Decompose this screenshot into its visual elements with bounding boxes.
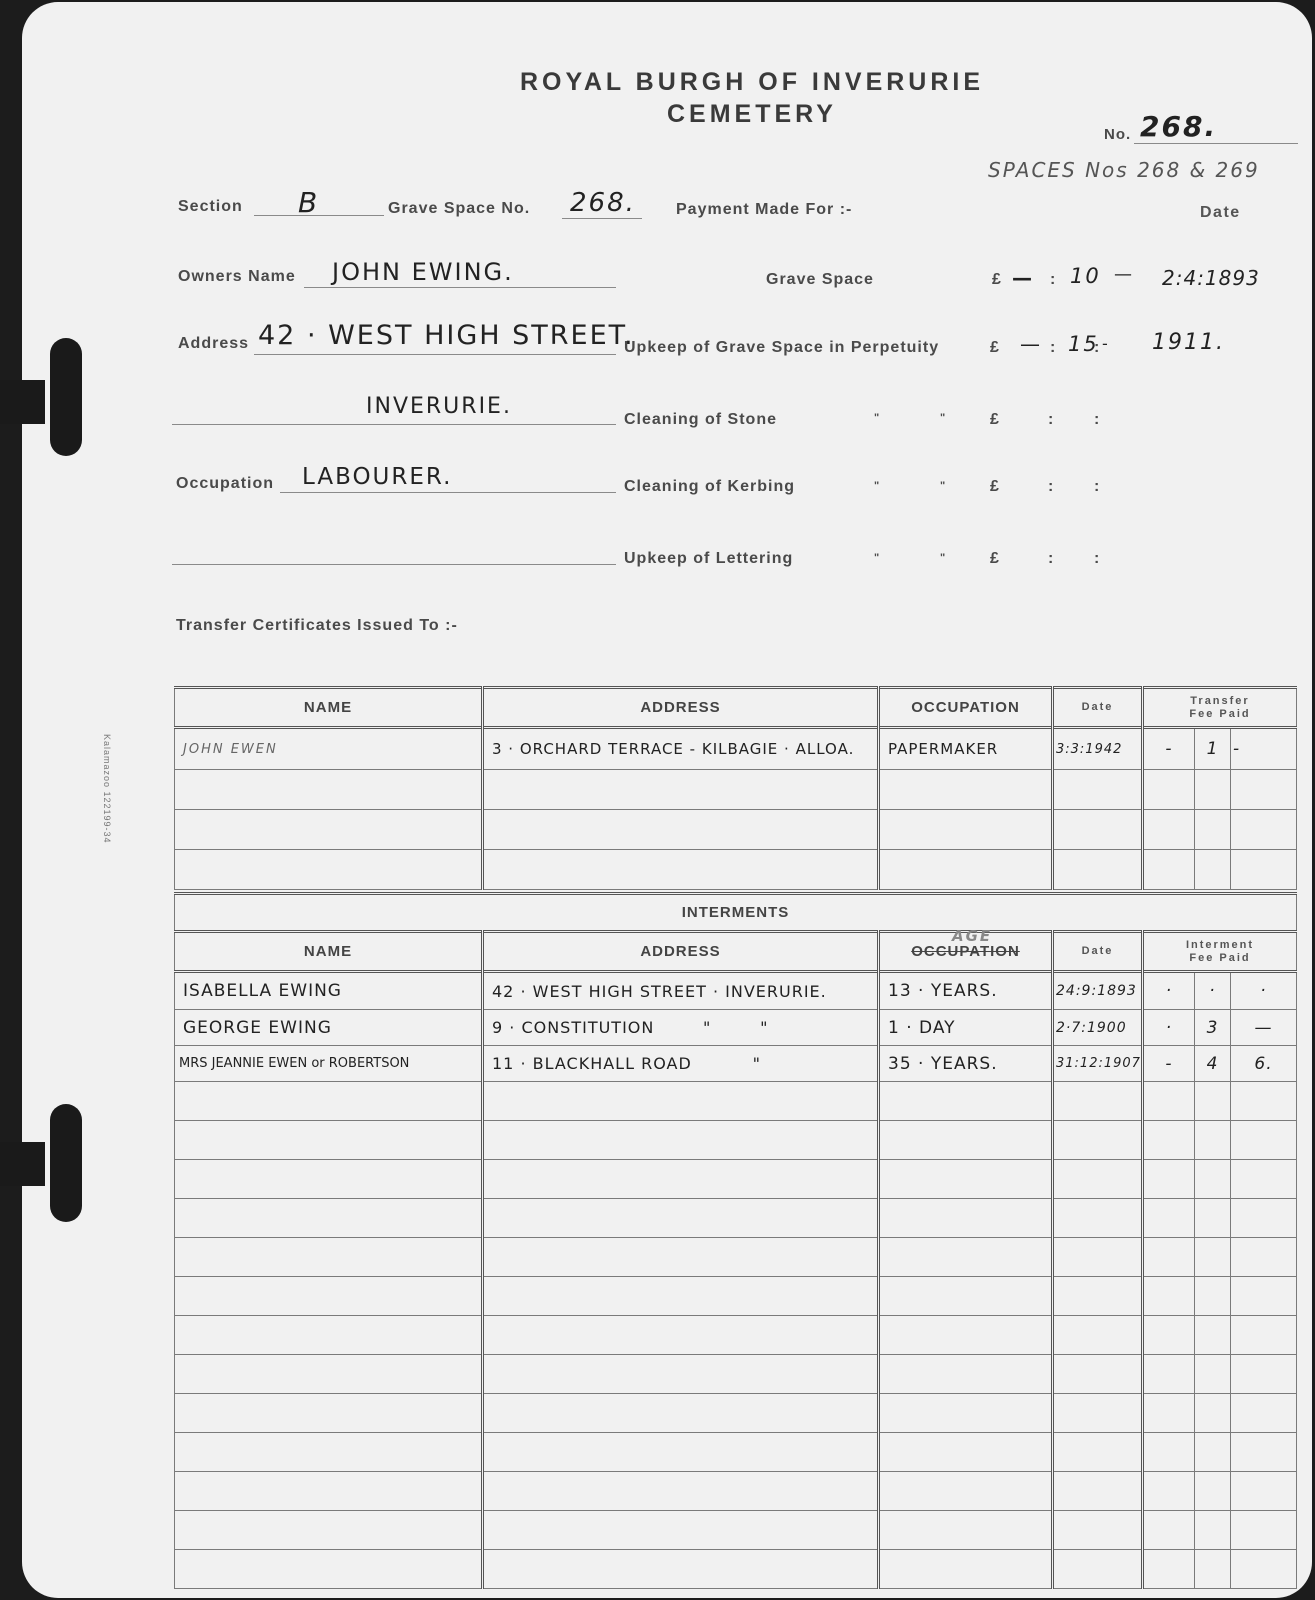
interment-row	[175, 1082, 1297, 1121]
interments-header-occupation-struck: OCCUPATION	[911, 943, 1020, 960]
payment-label: Upkeep of Grave Space in Perpetuity	[624, 339, 939, 357]
interment-fee-pounds: ·	[1143, 972, 1195, 1010]
grave-space-no-value: 268.	[570, 188, 636, 218]
interment-date: 2·7:1900	[1053, 1010, 1143, 1046]
payment-label: Cleaning of Stone	[624, 411, 777, 429]
occupation-value: LABOURER.	[302, 464, 452, 490]
payment-pence: —	[1114, 264, 1134, 285]
owners-name-underline	[304, 287, 616, 288]
transfer-occupation: PAPERMAKER	[879, 728, 1053, 770]
transfer-table: NAME ADDRESS OCCUPATION Date Transfer Fe…	[174, 686, 1297, 890]
transfer-header-row: NAME ADDRESS OCCUPATION Date Transfer Fe…	[175, 688, 1297, 728]
payment-made-for-label: Payment Made For :-	[676, 201, 852, 219]
record-no-label: No.	[1104, 126, 1131, 143]
payment-currency: £	[990, 339, 1000, 357]
payment-label: Grave Space	[766, 271, 874, 289]
address-label: Address	[178, 335, 249, 353]
payment-pounds: —	[1012, 266, 1034, 290]
address-line-1: 42 · WEST HIGH STREET.	[258, 320, 635, 351]
payment-date: 1911.	[1152, 330, 1225, 355]
transfer-certificates-label: Transfer Certificates Issued To :-	[176, 617, 458, 635]
payment-ditto: "	[940, 480, 946, 492]
interment-age: 1 · DAY	[879, 1010, 1053, 1046]
payment-currency: £	[990, 550, 1000, 568]
payment-date: 2:4:1893	[1162, 266, 1260, 290]
interment-empty-rows	[175, 1082, 1297, 1589]
interment-fee-shillings: 3	[1195, 1010, 1231, 1046]
ledger-page: Kalamazoo 122199-34 ROYAL BURGH OF INVER…	[22, 2, 1312, 1598]
interment-address: 11 · BLACKHALL ROAD "	[483, 1046, 879, 1082]
interment-row: ISABELLA EWING 42 · WEST HIGH STREET · I…	[175, 972, 1297, 1010]
interments-header-date: Date	[1053, 932, 1143, 972]
date-column-label: Date	[1200, 204, 1241, 222]
transfer-header-fee: Transfer Fee Paid	[1143, 688, 1297, 728]
owners-name-label: Owners Name	[178, 268, 296, 286]
interment-fee-shillings: 4	[1195, 1046, 1231, 1082]
payment-currency: £	[990, 478, 1000, 496]
transfer-row	[175, 810, 1297, 850]
transfer-fee-pence: -	[1231, 728, 1297, 770]
transfer-header-address: ADDRESS	[483, 688, 879, 728]
transfer-fee-pounds: -	[1143, 728, 1195, 770]
payment-sep: :	[1094, 411, 1100, 429]
transfer-header-fee-line1: Transfer	[1190, 695, 1249, 707]
interment-date: 31:12:1907	[1053, 1046, 1143, 1082]
payment-sep: :	[1050, 271, 1056, 289]
interments-header-fee-line1: Interment	[1186, 939, 1254, 951]
interment-fee-pence: —	[1231, 1010, 1297, 1046]
interment-age: 35 · YEARS.	[879, 1046, 1053, 1082]
payment-ditto: "	[874, 552, 880, 564]
interment-row	[175, 1355, 1297, 1394]
grave-space-no-label: Grave Space No.	[388, 200, 530, 218]
interment-fee-shillings: ·	[1195, 972, 1231, 1010]
margin-note: Kalamazoo 122199-34	[102, 734, 112, 844]
interment-row	[175, 1472, 1297, 1511]
payment-sep: :	[1050, 339, 1056, 357]
interments-header-row: NAME ADDRESS OCCUPATION AGE Date Interme…	[175, 932, 1297, 972]
occupation-underline	[280, 492, 616, 493]
spaces-note: SPACES Nos 268 & 269	[988, 158, 1260, 182]
interment-name: MRS JEANNIE EWEN or ROBERTSON	[175, 1046, 483, 1082]
interment-row	[175, 1394, 1297, 1433]
interment-address: 42 · WEST HIGH STREET · INVERURIE.	[483, 972, 879, 1010]
payment-label: Upkeep of Lettering	[624, 550, 793, 568]
section-label: Section	[178, 198, 243, 216]
interments-header-fee-line2: Fee Paid	[1189, 952, 1250, 964]
address-line-2: INVERURIE.	[366, 394, 512, 419]
interments-header-name: NAME	[175, 932, 483, 972]
binder-tab-top	[50, 338, 82, 456]
interment-name: GEORGE EWING	[175, 1010, 483, 1046]
interment-address: 9 · CONSTITUTION " "	[483, 1010, 879, 1046]
payment-ditto: "	[940, 552, 946, 564]
interments-header-address: ADDRESS	[483, 932, 879, 972]
interments-table: INTERMENTS NAME ADDRESS OCCUPATION AGE D…	[174, 892, 1297, 1589]
owners-name-value: JOHN EWING.	[332, 258, 514, 286]
title-line-2: CEMETERY	[622, 100, 882, 129]
interment-row: MRS JEANNIE EWEN or ROBERTSON 11 · BLACK…	[175, 1046, 1297, 1082]
address-underline-2	[172, 424, 616, 425]
section-underline	[254, 215, 384, 216]
interment-row	[175, 1121, 1297, 1160]
transfer-fee-shillings: 1	[1195, 728, 1231, 770]
interment-fee-pence: ·	[1231, 972, 1297, 1010]
transfer-address: 3 · ORCHARD TERRACE - KILBAGIE · ALLOA.	[483, 728, 879, 770]
payment-label: Cleaning of Kerbing	[624, 478, 795, 496]
address-underline-1	[254, 354, 616, 355]
payment-shillings: 10	[1070, 264, 1101, 288]
interment-row	[175, 1199, 1297, 1238]
interment-fee-pounds: ·	[1143, 1010, 1195, 1046]
payment-sep: :	[1094, 478, 1100, 496]
interments-header-occupation: OCCUPATION AGE	[879, 932, 1053, 972]
interment-age: 13 · YEARS.	[879, 972, 1053, 1010]
interment-row: GEORGE EWING 9 · CONSTITUTION " " 1 · DA…	[175, 1010, 1297, 1046]
interment-fee-pence: 6.	[1231, 1046, 1297, 1082]
transfer-date: 3:3:1942	[1053, 728, 1143, 770]
interment-date: 24:9:1893	[1053, 972, 1143, 1010]
payment-ditto: "	[874, 480, 880, 492]
transfer-header-occupation: OCCUPATION	[879, 688, 1053, 728]
payment-sep: :	[1048, 411, 1054, 429]
interments-title: INTERMENTS	[175, 894, 1297, 932]
transfer-header-date: Date	[1053, 688, 1143, 728]
record-no-underline	[1134, 143, 1298, 144]
grave-space-no-underline	[562, 218, 642, 219]
interment-name: ISABELLA EWING	[175, 972, 483, 1010]
payment-ditto: "	[874, 412, 880, 424]
interment-row	[175, 1316, 1297, 1355]
payment-currency: £	[992, 271, 1002, 289]
interment-row	[175, 1511, 1297, 1550]
payment-sep: :	[1048, 550, 1054, 568]
record-no-value: 268.	[1140, 110, 1217, 143]
blank-underline	[172, 564, 616, 565]
interment-row	[175, 1238, 1297, 1277]
interments-title-row: INTERMENTS	[175, 894, 1297, 932]
interments-header-fee: Interment Fee Paid	[1143, 932, 1297, 972]
interment-row	[175, 1433, 1297, 1472]
transfer-row: JOHN EWEN 3 · ORCHARD TERRACE - KILBAGIE…	[175, 728, 1297, 770]
payment-pence: -	[1102, 334, 1110, 353]
title-line-1: ROYAL BURGH OF INVERURIE	[472, 68, 1032, 97]
payment-sep: :	[1048, 478, 1054, 496]
transfer-header-fee-line2: Fee Paid	[1189, 708, 1250, 720]
payment-currency: £	[990, 411, 1000, 429]
transfer-header-name: NAME	[175, 688, 483, 728]
interments-header-age-correction: AGE	[952, 927, 992, 945]
transfer-row	[175, 770, 1297, 810]
binder-tab-stem-top	[0, 380, 45, 424]
interment-row	[175, 1550, 1297, 1589]
interment-row	[175, 1277, 1297, 1316]
transfer-row	[175, 850, 1297, 890]
payment-pounds: —	[1020, 332, 1042, 356]
transfer-name: JOHN EWEN	[175, 728, 483, 770]
interment-fee-pounds: -	[1143, 1046, 1195, 1082]
payment-sep: :	[1094, 550, 1100, 568]
binder-tab-bottom	[50, 1104, 82, 1222]
interment-row	[175, 1160, 1297, 1199]
binder-tab-stem-bottom	[0, 1142, 45, 1186]
occupation-label: Occupation	[176, 475, 274, 493]
payment-ditto: "	[940, 412, 946, 424]
payment-sep: :	[1094, 339, 1100, 357]
